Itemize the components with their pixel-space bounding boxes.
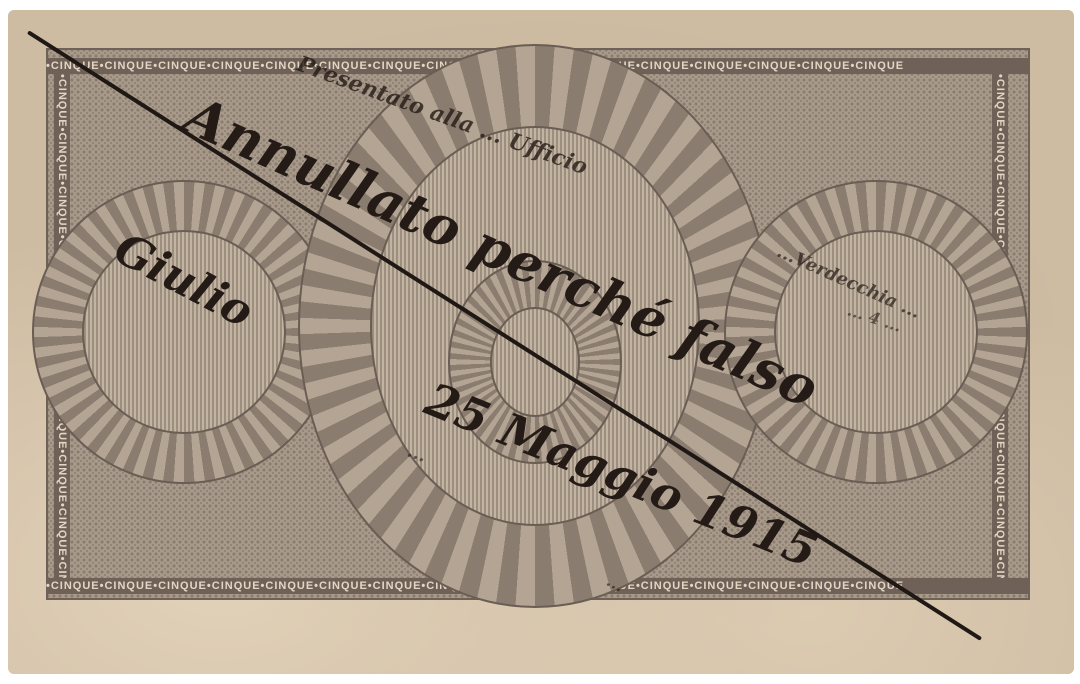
rosette-left bbox=[32, 180, 336, 484]
rosette-right bbox=[724, 180, 1028, 484]
banknote: •CINQUE•CINQUE•CINQUE•CINQUE•CINQUE•CINQ… bbox=[8, 10, 1074, 674]
